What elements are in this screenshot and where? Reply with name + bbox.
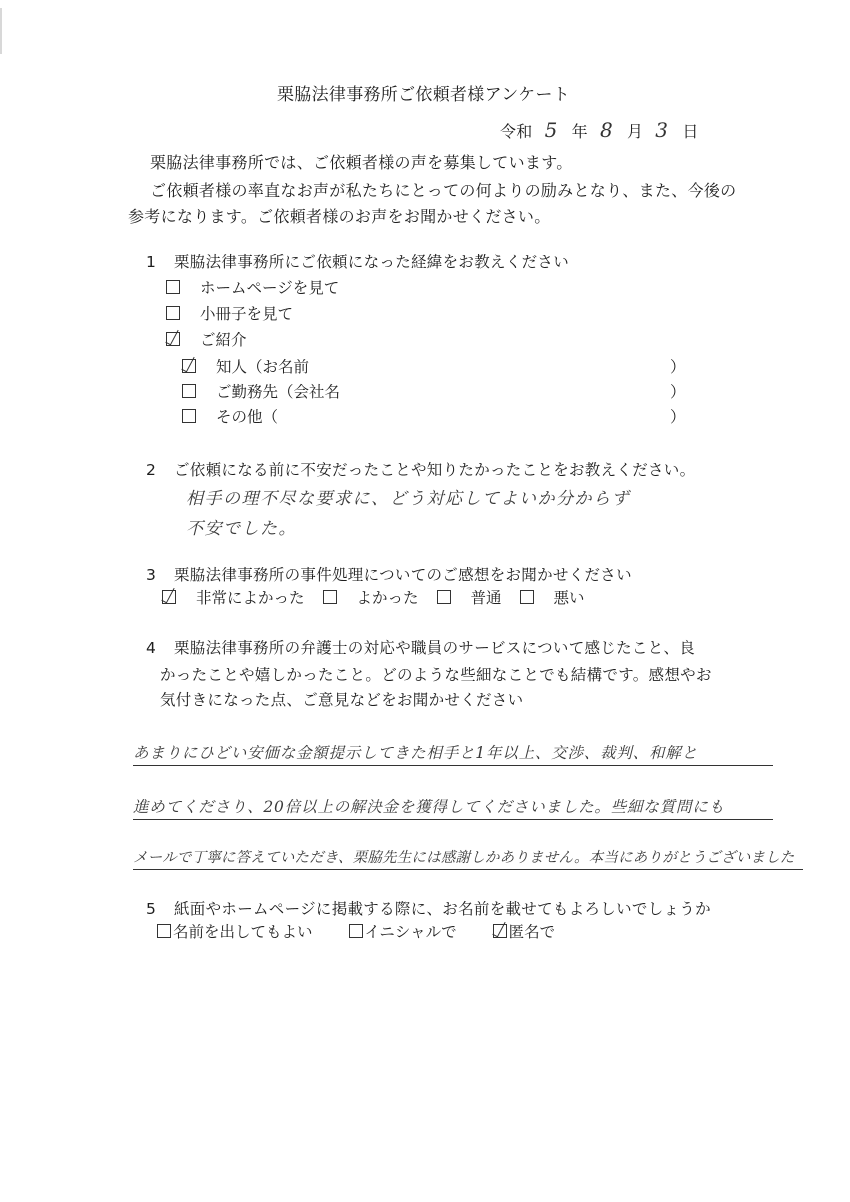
q2-heading: 2ご依頼になる前に不安だったことや知りたかったことをお教えください。 (146, 458, 695, 480)
q4-answer-line-2[interactable]: 進めてくださり、20倍以上の解決金を獲得してくださいました。些細な質問にも (133, 792, 773, 820)
q4-heading-line-1: 4栗脇法律事務所の弁護士の対応や職員のサービスについて感じたこと、良 (146, 636, 695, 658)
q5-option-label: 匿名で (509, 920, 556, 942)
q1-option-label: 小冊子を見て (200, 302, 293, 324)
checkbox-workplace[interactable] (182, 384, 196, 398)
q1-option-label: ご紹介 (200, 328, 247, 350)
q1-suboption-label: ご勤務先（会社名 (216, 380, 340, 402)
q4-heading-line-3: 気付きになった点、ご意見などをお聞かせください (160, 688, 523, 710)
q3-option-label: 悪い (554, 586, 585, 608)
q1-option-referral[interactable]: ご紹介 (166, 328, 247, 350)
q4-heading-line-2: かったことや嬉しかったこと。どのような些細なことでも結構です。感想やお (160, 663, 712, 685)
close-paren: ） (670, 380, 686, 402)
q5-option-label: イニシャルで (365, 920, 457, 942)
q1-option-homepage[interactable]: ホームページを見て (166, 276, 339, 298)
q3-question: 栗脇法律事務所の事件処理についてのご感想をお聞かせください (174, 566, 632, 584)
q4-answer-text: メールで丁寧に答えていただき、栗脇先生には感謝しかありません。本当にありがとうご… (133, 846, 795, 867)
checkbox-bad[interactable] (520, 590, 534, 604)
q4-answer-line-1[interactable]: あまりにひどい安価な金額提示してきた相手と1年以上、交渉、裁判、和解と (133, 738, 773, 766)
q1-suboption-label: 知人（お名前 (216, 355, 309, 377)
q5-option-label: 名前を出してもよい (173, 920, 313, 942)
q1-option-booklet[interactable]: 小冊子を見て (166, 302, 293, 324)
q3-number: 3 (146, 566, 174, 584)
q2-answer-line-2[interactable]: 不安でした。 (186, 514, 297, 539)
q1-suboption-workplace[interactable]: ご勤務先（会社名 (182, 380, 340, 402)
intro-line-2: ご依頼者様の率直なお声が私たちにとっての何よりの励みとなり、また、今後の (150, 178, 736, 201)
intro-line-1: 栗脇法律事務所では、ご依頼者様の声を募集しています。 (150, 150, 573, 173)
close-paren: ） (670, 405, 686, 427)
q4-answer-text: あまりにひどい安価な金額提示してきた相手と1年以上、交渉、裁判、和解と (133, 741, 698, 763)
q5-number: 5 (146, 900, 174, 918)
q1-suboption-other[interactable]: その他（ (182, 405, 278, 427)
q1-heading: 1栗脇法律事務所にご依頼になった経緯をお教えください (146, 250, 569, 272)
q3-options-row: 非常によかった よかった 普通 悪い (162, 586, 585, 608)
checkbox-acquaintance-checked[interactable] (182, 359, 196, 373)
checkbox-initials[interactable] (349, 924, 363, 938)
checkbox-other[interactable] (182, 409, 196, 423)
q3-option-label: よかった (357, 586, 419, 608)
checkbox-referral-checked[interactable] (166, 332, 180, 346)
q4-question-line: 栗脇法律事務所の弁護士の対応や職員のサービスについて感じたこと、良 (174, 639, 695, 657)
date-year-value[interactable]: 5 (545, 118, 558, 142)
checkbox-homepage[interactable] (166, 280, 180, 294)
date-era: 令和 (500, 119, 533, 142)
q3-option-label: 非常によかった (196, 586, 305, 608)
q1-number: 1 (146, 253, 174, 271)
checkbox-real-name[interactable] (157, 924, 171, 938)
checkbox-very-good-checked[interactable] (162, 590, 176, 604)
q2-number: 2 (146, 461, 174, 479)
q5-question: 紙面やホームページに掲載する際に、お名前を載せてもよろしいでしょうか (174, 900, 711, 918)
q3-option-label: 普通 (471, 586, 502, 608)
date-month-label: 月 (627, 119, 643, 142)
date-year-label: 年 (572, 119, 588, 142)
date-day-label: 日 (682, 119, 698, 142)
q4-number: 4 (146, 639, 174, 657)
q1-question: 栗脇法律事務所にご依頼になった経緯をお教えください (174, 253, 569, 271)
checkbox-anonymous-checked[interactable] (493, 924, 507, 938)
checkbox-good[interactable] (323, 590, 337, 604)
intro-line-3: 参考になります。ご依頼者様のお声をお聞かせください。 (128, 204, 551, 227)
q5-heading: 5紙面やホームページに掲載する際に、お名前を載せてもよろしいでしょうか (146, 897, 711, 919)
q5-options-row: 名前を出してもよい イニシャルで 匿名で (157, 920, 555, 942)
q1-suboption-acquaintance[interactable]: 知人（お名前 (182, 355, 309, 377)
close-paren: ） (670, 355, 686, 377)
scan-edge-artifact (0, 8, 2, 54)
q4-answer-text: 進めてくださり、20倍以上の解決金を獲得してくださいました。些細な質問にも (133, 795, 725, 817)
q2-question: ご依頼になる前に不安だったことや知りたかったことをお教えください。 (174, 461, 695, 479)
q1-option-label: ホームページを見て (200, 276, 339, 298)
date-line: 令和 5 年 8 月 3 日 (500, 118, 699, 142)
checkbox-average[interactable] (437, 590, 451, 604)
q2-answer-line-1[interactable]: 相手の理不尽な要求に、どう対応してよいか分からず (186, 484, 630, 509)
q4-answer-line-3[interactable]: メールで丁寧に答えていただき、栗脇先生には感謝しかありません。本当にありがとうご… (133, 842, 803, 870)
survey-title: 栗脇法律事務所ご依頼者様アンケート (277, 80, 570, 105)
date-month-value[interactable]: 8 (600, 118, 613, 142)
q3-heading: 3栗脇法律事務所の事件処理についてのご感想をお聞かせください (146, 563, 632, 585)
checkbox-booklet[interactable] (166, 306, 180, 320)
date-day-value[interactable]: 3 (655, 118, 668, 142)
q1-suboption-label: その他（ (216, 405, 278, 427)
